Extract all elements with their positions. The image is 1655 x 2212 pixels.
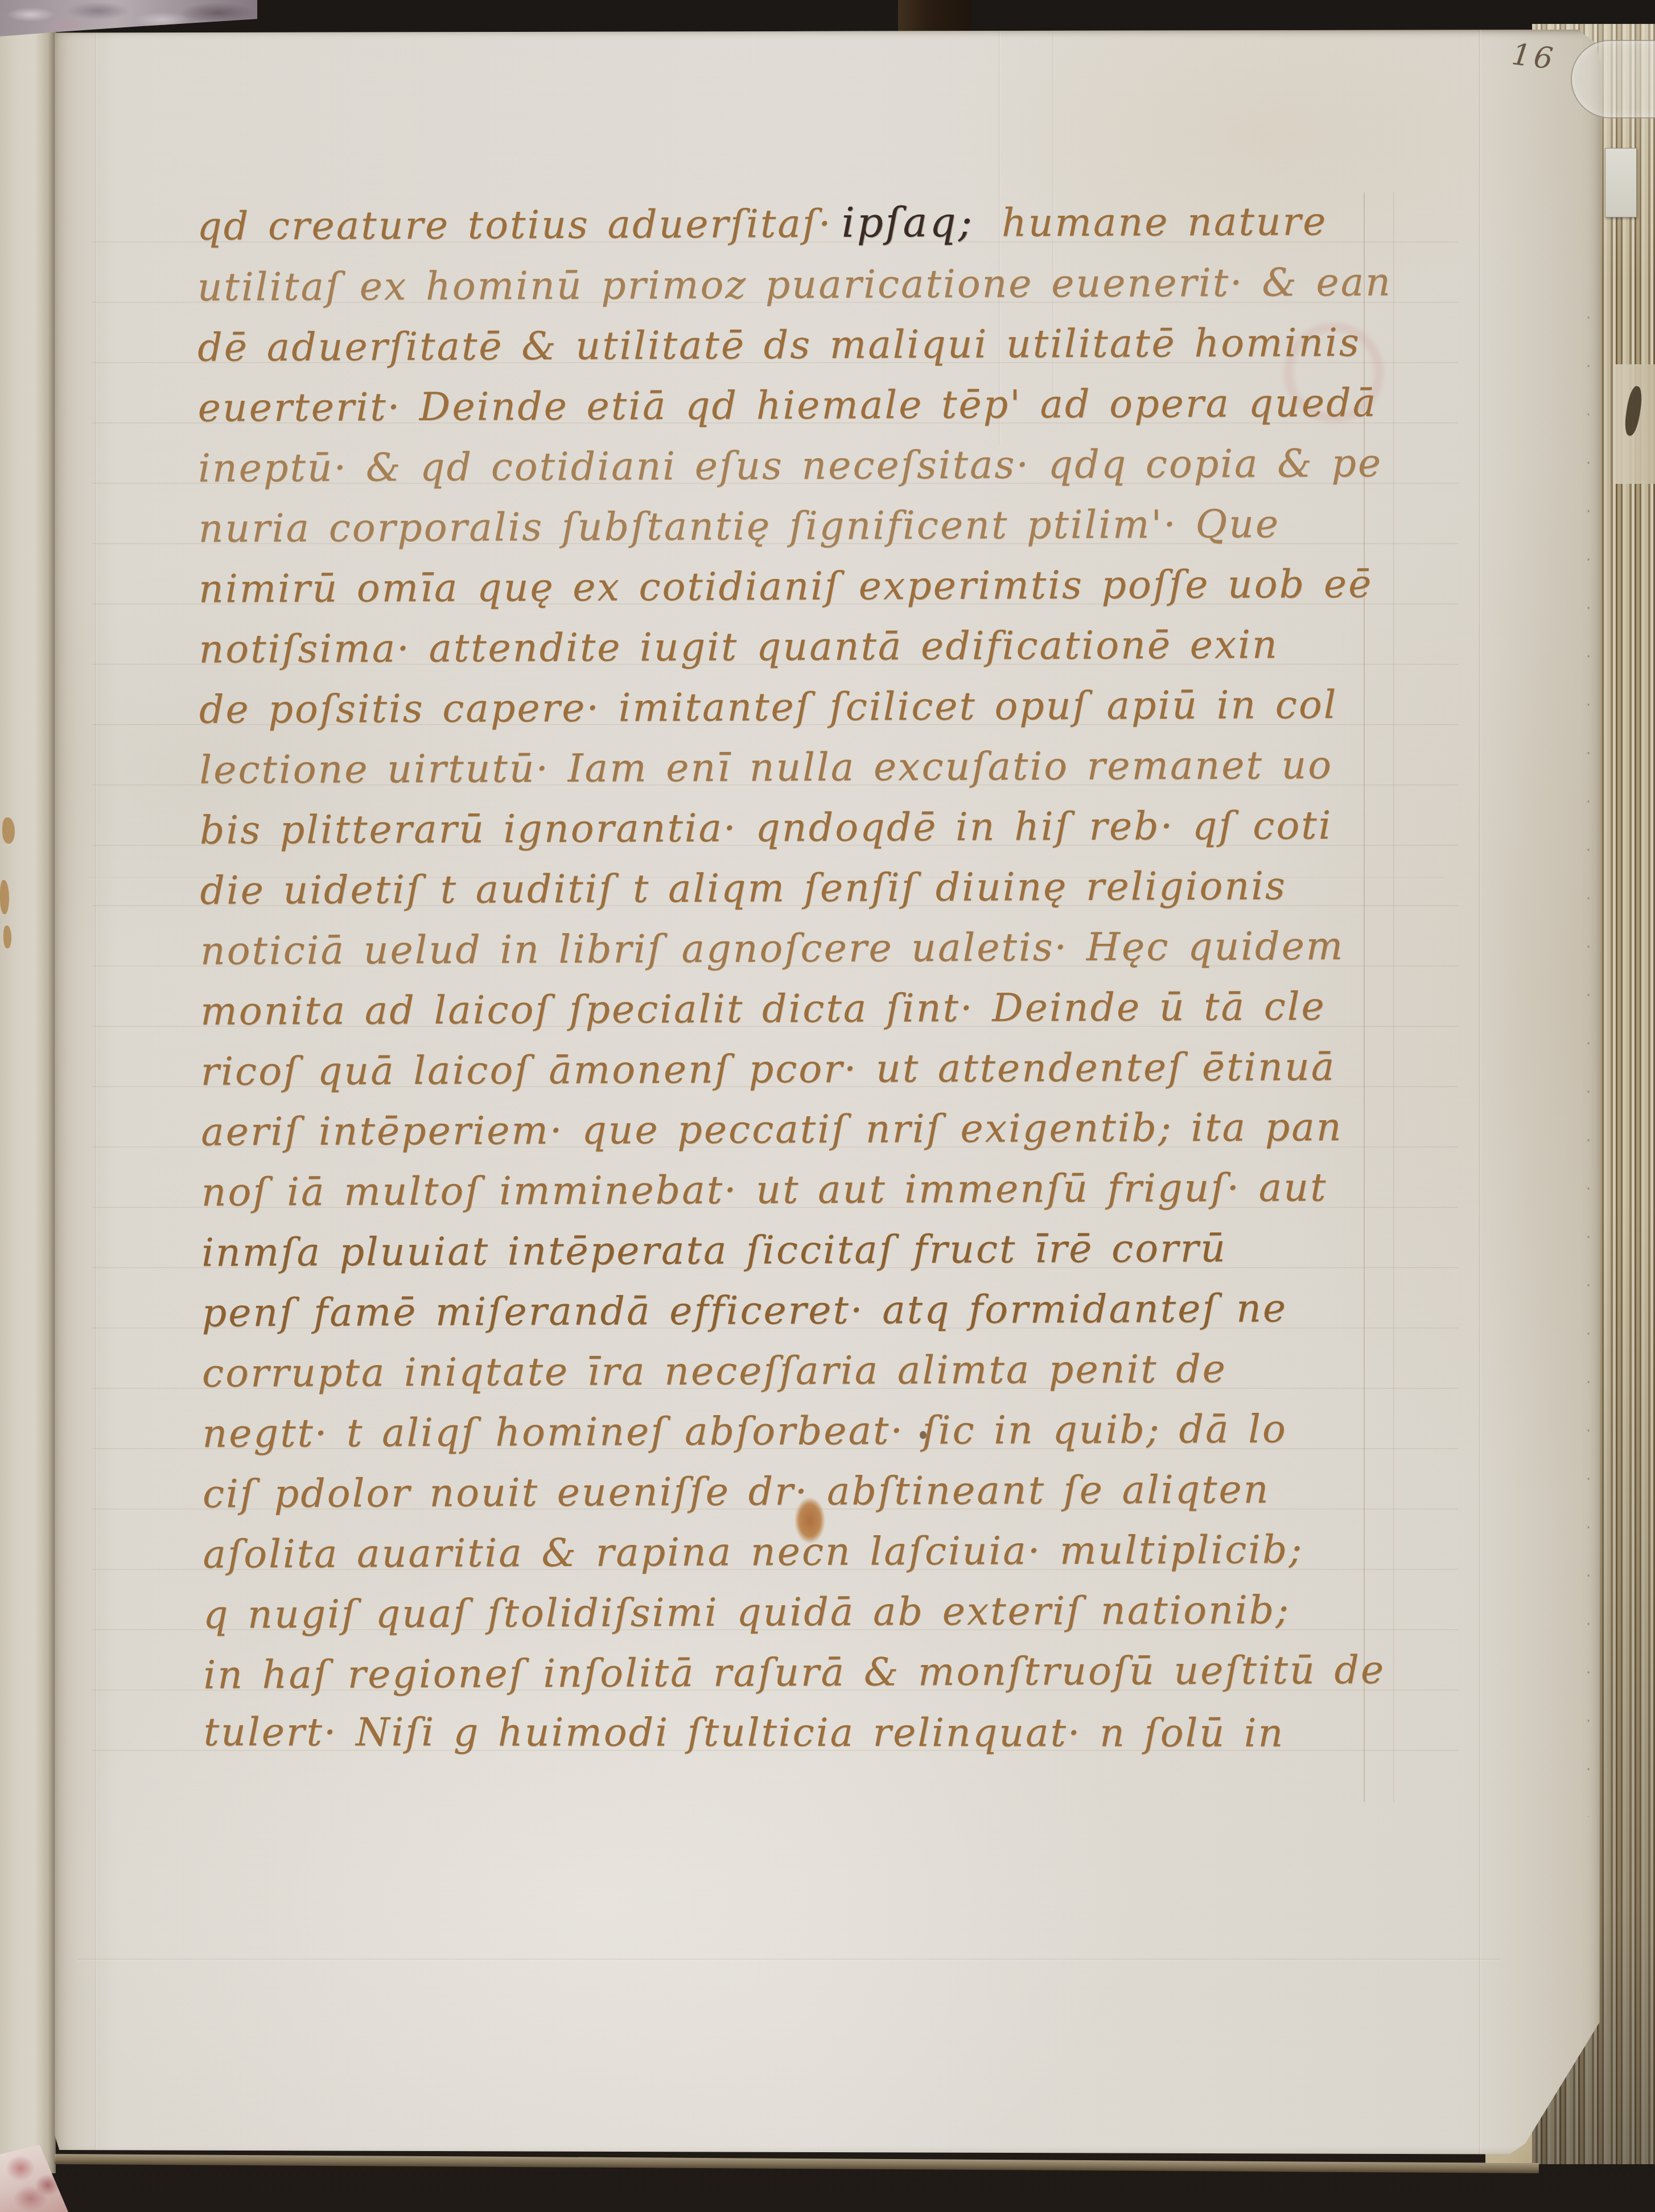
text-line: penſ famē miſerandā efficeret· atq formi…: [201, 1278, 1442, 1344]
book-gutter-edge: [0, 22, 56, 2173]
text-segment: humane nature: [1002, 199, 1328, 245]
text-line: negtt· t aliqſ homineſ abſorbeat· ſic in…: [202, 1399, 1443, 1465]
manuscript-page: 16 qd creature totius aduerſitaſ·ipſaq;h…: [55, 30, 1603, 2158]
text-line: bis plitterarū ignorantia· qndoqdē in hi…: [200, 795, 1440, 861]
text-line: de poſsitis capere· imitanteſ ſcilicet o…: [199, 675, 1440, 741]
text-line: qd creature totius aduerſitaſ·ipſaq;huma…: [197, 190, 1438, 256]
text-line: noſ iā multoſ imminebat· ut aut immenſū …: [201, 1157, 1442, 1223]
text-line: aeriſ intēperiem· que peccatiſ nriſ exig…: [201, 1097, 1442, 1163]
text-line: euerterit· Deinde etiā qd hiemale tēp' a…: [197, 373, 1438, 439]
text-line: die uidetiſ t auditiſ t aliqm ſenſiſ diu…: [200, 856, 1440, 922]
bleedthrough-mark: [2, 817, 15, 844]
text-line: ricoſ quā laicoſ āmonenſ pcor· ut attend…: [200, 1037, 1441, 1103]
text-line: aſolita auaritia & rapina necn laſciuia·…: [203, 1519, 1443, 1585]
text-line: nimirū omīa quę ex cotidianiſ experimtis…: [199, 554, 1439, 620]
bleedthrough-mark: [0, 880, 9, 914]
text-line: in haſ regioneſ inſolitā raſurā & monſtr…: [203, 1640, 1444, 1706]
binding-strap: [898, 0, 972, 33]
text-segment-dark-ink: ipſaq;: [841, 198, 974, 246]
text-line: inmſa pluuiat intēperata ſiccitaſ fruct …: [201, 1218, 1442, 1284]
parchment-crease: [1479, 30, 1481, 2158]
text-line: noticiā uelud in libriſ agnoſcere ualeti…: [200, 916, 1441, 982]
text-line: utilitaſ ex hominū primoz puaricatione e…: [197, 252, 1438, 318]
bleedthrough-mark: [3, 926, 11, 948]
parchment-crease: [94, 30, 97, 2158]
text-line: dē aduerſitatē & utilitatē ds maliqui ut…: [197, 313, 1438, 379]
text-line: tulert· Niſi g huimodi ſtulticia relinqu…: [204, 1703, 1444, 1764]
text-line: q nugiſ quaſ ſtolidiſsimi quidā ab exter…: [203, 1580, 1444, 1646]
fore-edge-tab-paper: [1605, 148, 1637, 217]
page-bottom-edge: [55, 2154, 1539, 2173]
binding-corner-marbled: [0, 0, 257, 36]
latin-text-block: qd creature totius aduerſitaſ·ipſaq;huma…: [197, 192, 1444, 1766]
parchment-crease: [77, 1958, 1500, 1962]
text-line: monita ad laicoſ ſpecialit dicta ſint· D…: [200, 976, 1441, 1042]
text-line: ineptū· & qd cotidiani eſus neceſsitas· …: [198, 433, 1439, 499]
pricking-holes: [1586, 314, 1591, 1817]
fore-edge-tab-translucent: [1571, 40, 1655, 118]
text-segment: qd creature totius aduerſitaſ·: [197, 202, 833, 249]
text-line: nuria corporalis ſubſtantię ſignificent …: [198, 494, 1439, 560]
text-line: notiſsima· attendite iugit quantā edific…: [199, 614, 1439, 680]
text-line: lectione uirtutū· Iam enī nulla excuſati…: [199, 735, 1440, 801]
text-line: corrupta iniqtate īra neceſſaria alimta …: [202, 1338, 1443, 1404]
text-line: ciſ pdolor nouit eueniſſe dr· abſtineant…: [203, 1459, 1443, 1525]
manuscript-photo: 16 qd creature totius aduerſitaſ·ipſaq;h…: [0, 0, 1655, 2212]
